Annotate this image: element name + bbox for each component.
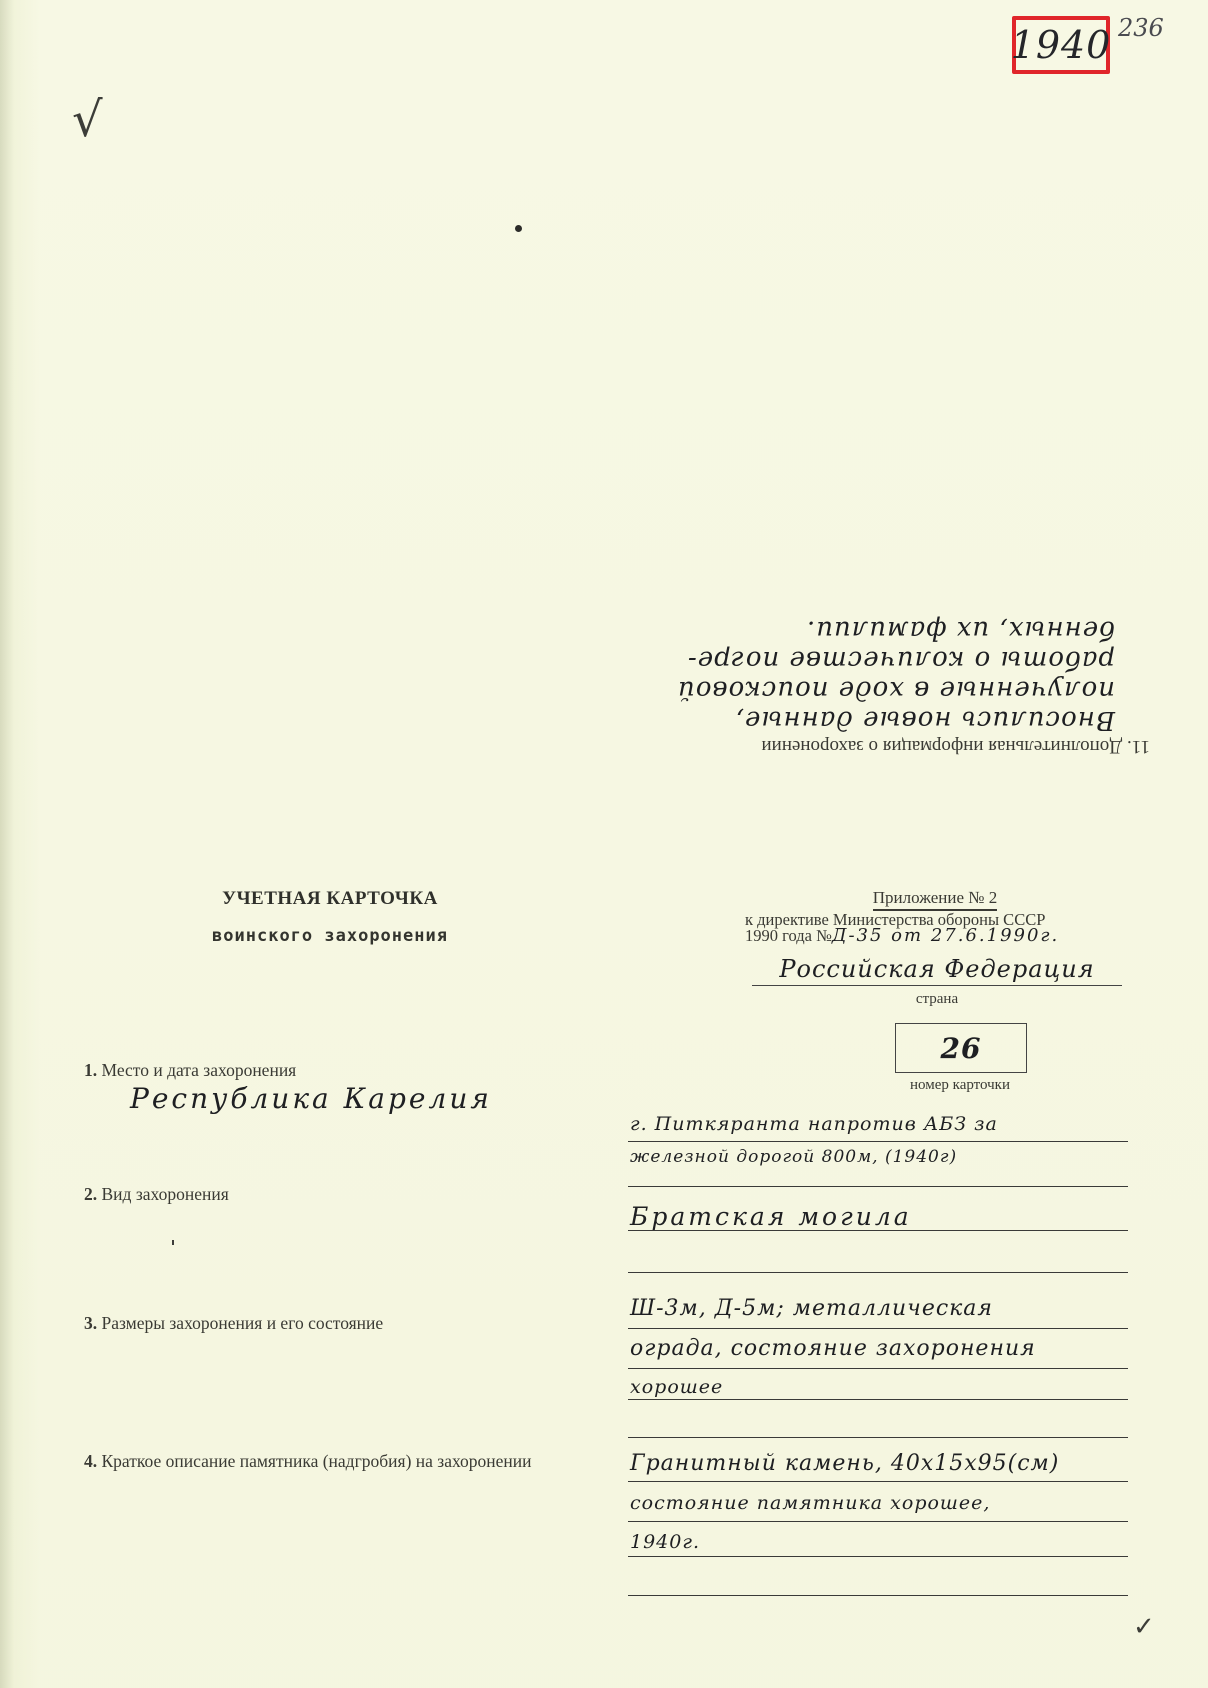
field-line [628, 1186, 1128, 1187]
field-line [628, 1556, 1128, 1557]
country-caption: страна [752, 991, 1122, 1008]
card-title: УЧЕТНАЯ КАРТОЧКА [180, 888, 480, 910]
field-3-value-line: ограда, состояние захоронения [630, 1336, 1150, 1361]
field-1-value-line: г. Питкяранта напротив АБЗ за [630, 1113, 1150, 1135]
field-4-value-line: 1940г. [630, 1531, 1150, 1553]
section-11-line: бенных, их фамилии. [580, 615, 1115, 645]
section-11-line: полученные в ходе поисковой [580, 675, 1115, 705]
section-11-line: работы о количестве погре- [580, 645, 1115, 675]
stamp-year: 1940 [1011, 23, 1112, 67]
field-2-label: 2. Вид захоронения [84, 1184, 229, 1205]
ink-tick [172, 1240, 174, 1245]
field-1-value-region: Республика Карелия [130, 1082, 492, 1115]
field-4-label: 4. Краткое описание памятника (надгробия… [84, 1451, 584, 1471]
field-1-value-line: железной дорогой 800м, (1940г) [630, 1147, 1150, 1167]
section-11-upside-down: 11. Дополнительная информация о захороне… [580, 615, 1150, 769]
card-subtitle: воинского захоронения [180, 926, 480, 946]
directive-line-2-prefix: 1990 года № [745, 926, 832, 945]
appendix-label: Приложение № 2 [740, 888, 1130, 911]
field-line [628, 1141, 1128, 1142]
field-line [628, 1368, 1128, 1369]
field-line [628, 1437, 1128, 1438]
directive-reference: к директиве Министерства обороны СССР 19… [745, 912, 1135, 944]
directive-number: Д-35 от 27.6.1990г. [832, 925, 1059, 946]
country-value: Российская Федерация [752, 955, 1122, 983]
section-11-label: 11. Дополнительная информация о захороне… [580, 735, 1150, 757]
year-stamp: 1940 [1012, 16, 1110, 74]
section-11-line: Вносились новые данные, [580, 705, 1115, 735]
card-number-box: 26 [895, 1023, 1027, 1073]
field-2-value-line: Братская могила [630, 1202, 1150, 1231]
field-line [628, 1230, 1128, 1231]
field-3-value-line: хорошее [630, 1376, 1150, 1398]
ink-dot [515, 225, 522, 232]
field-line [628, 1328, 1128, 1329]
field-line [628, 1272, 1128, 1273]
field-line [628, 1595, 1128, 1596]
check-mark-icon: √ [72, 92, 103, 148]
card-number-caption: номер карточки [870, 1077, 1050, 1094]
check-mark-icon: ✓ [1133, 1612, 1155, 1642]
field-4-value-line: состояние памятника хорошее, [630, 1492, 1150, 1514]
field-4-value-line: Гранитный камень, 40х15х95(см) [630, 1451, 1150, 1476]
country-underline [752, 985, 1122, 986]
field-line [628, 1521, 1128, 1522]
field-1-label: 1. Место и дата захоронения [84, 1060, 296, 1081]
card-number: 26 [941, 1032, 982, 1065]
field-3-label: 3. Размеры захоронения и его состояние [84, 1313, 383, 1334]
page-number: 236 [1118, 14, 1164, 42]
field-line [628, 1399, 1128, 1400]
field-3-value-line: Ш-3м, Д-5м; металлическая [630, 1296, 1150, 1321]
field-line [628, 1481, 1128, 1482]
